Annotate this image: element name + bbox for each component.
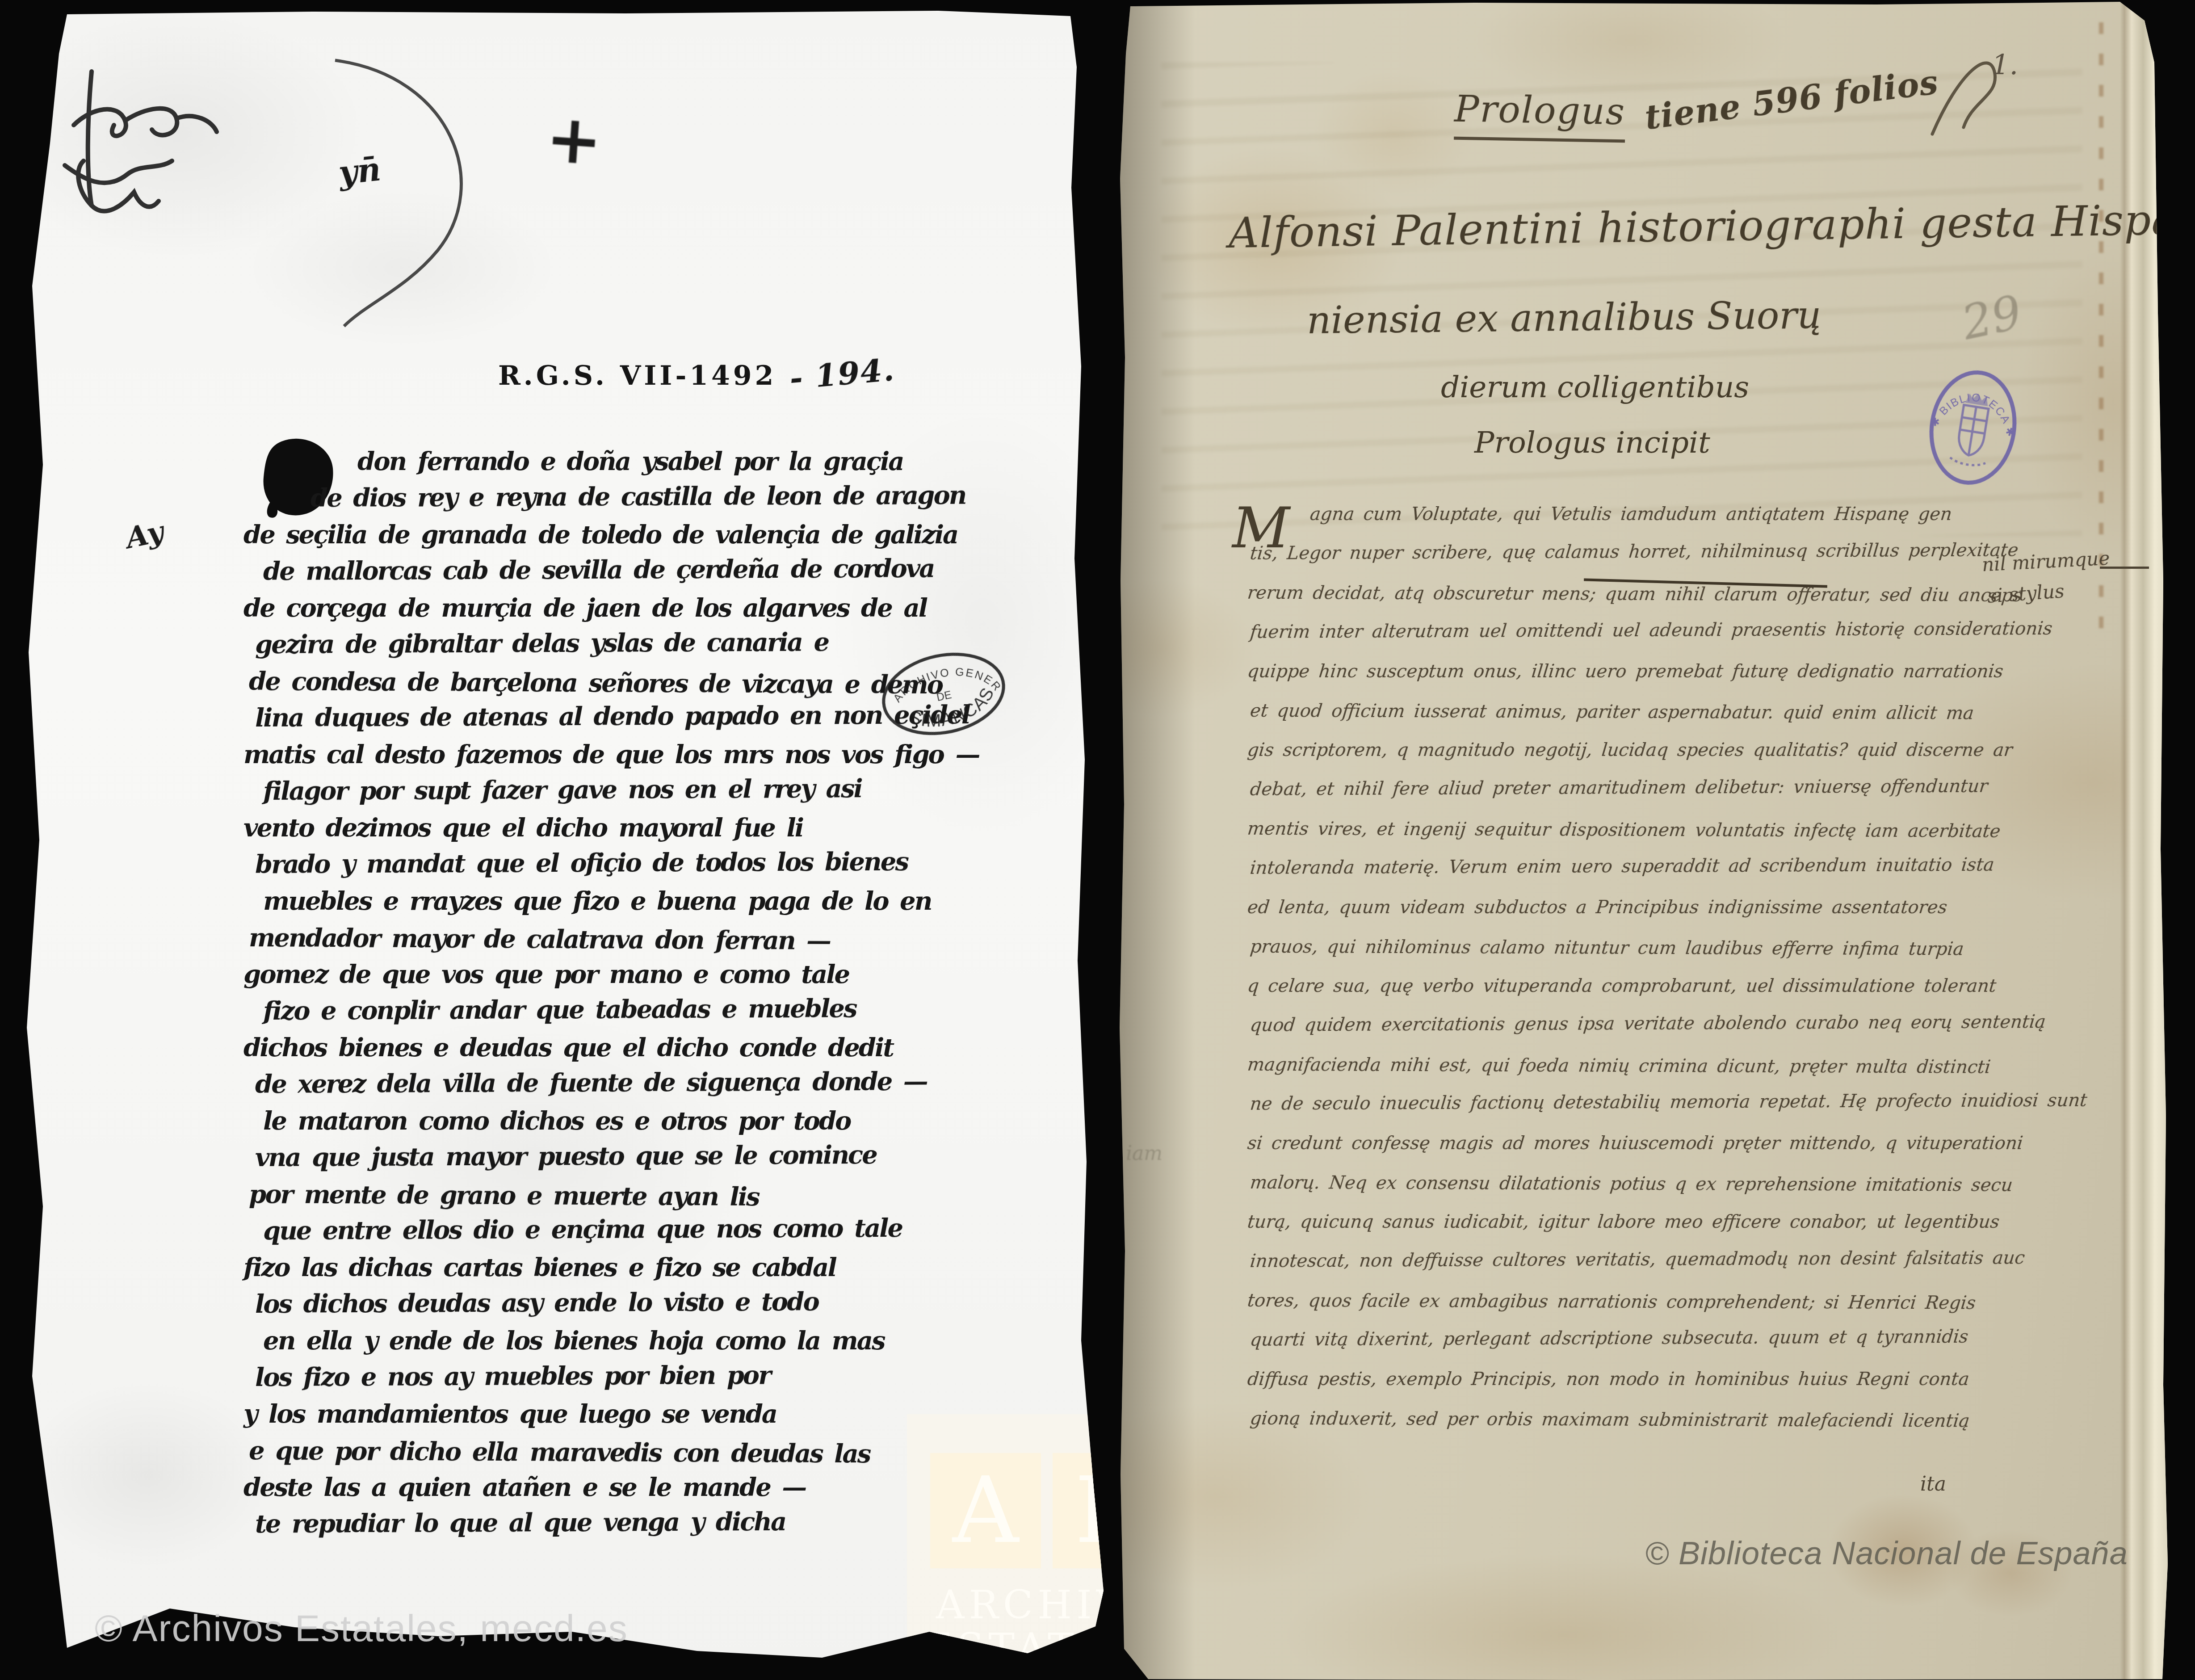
handwritten-text-line: vna que justa mayor puesto que se le com…: [255, 1140, 967, 1180]
handwritten-text-line: mendador mayor de calatrava don ferran —: [249, 923, 967, 963]
gutter-shadow: [1119, 0, 1195, 1680]
catchword: ita: [1920, 1473, 1946, 1495]
left-page-text-block: don ferrando e doña ysabel por la graçia…: [243, 447, 967, 1546]
page-stack-edges: [2120, 0, 2171, 1680]
handwritten-text-line: fizo e conplir andar que tabeadas e mueb…: [263, 993, 967, 1033]
latin-text-line: tis, Legor nuper scribere, quę calamus h…: [1247, 540, 2036, 583]
latin-text-line: innotescat, non deffuisse cultores verit…: [1247, 1247, 2036, 1290]
handwritten-text-line: que entre ellos dio e ençima que nos com…: [263, 1213, 967, 1253]
latin-text-line: tores, quos facile ex ambagibus narratio…: [1244, 1290, 2035, 1332]
handwritten-text-line: lina duques de atenas al dendo papado en…: [255, 700, 967, 740]
handwritten-text-line: e que por dicho ella maravedis con deuda…: [249, 1436, 967, 1476]
left-margin-mark: Ay: [123, 515, 167, 555]
latin-text-line: mentis vires, et ingenij sequitur dispos…: [1244, 819, 2035, 861]
handwritten-text-line: deste las a quien atañen e se le mande —: [243, 1473, 967, 1509]
latin-text-line: turą, quicunq sanus iudicabit, igitur la…: [1244, 1212, 2035, 1251]
latin-text-line: quippe hinc susceptum onus, illinc uero …: [1244, 661, 2035, 701]
heading-line-2: niensia ex annalibus Suorų: [1306, 293, 1821, 342]
handwritten-text-line: de mallorcas cab de sevilla de çerdeña d…: [263, 554, 967, 593]
archival-scan-spread: + yn̄ Ay R.G.S. VII-1492 - 194. don ferr…: [0, 0, 2195, 1680]
latin-text-line: ne de seculo inueculis factionų detestab…: [1247, 1090, 2036, 1133]
latin-text-line: quod quidem exercitationis genus ipsa ve…: [1247, 1012, 2036, 1054]
handwritten-text-line: de xerez dela villa de fuente de siguenç…: [255, 1067, 967, 1106]
handwritten-text-line: matis cal desto fazemos de que los mrs n…: [243, 740, 967, 777]
latin-text-line: diffusa pestis, exemplo Principis, non m…: [1244, 1369, 2035, 1408]
handwritten-text-line: dichos bienes e deudas que el dicho cond…: [243, 1033, 967, 1070]
handwritten-text-line: filagor por supt fazer gave nos en el rr…: [263, 773, 967, 813]
latin-text-line: agna cum Voluptate, qui Vetulis iamdudum…: [1307, 504, 2035, 543]
latin-text-line: si credunt confessę magis ad mores huius…: [1244, 1133, 2035, 1172]
handwritten-text-line: gezira de gibraltar delas yslas de canar…: [255, 627, 967, 667]
archive-reference-line: R.G.S. VII-1492 - 194.: [498, 355, 895, 392]
handwritten-text-line: vento dezimos que el dicho mayoral fue l…: [243, 813, 967, 850]
latin-text-line: fuerim inter alterutram uel omittendi ue…: [1247, 618, 2036, 661]
handwritten-text-line: y los mandamientos que luego se venda: [243, 1399, 967, 1436]
latin-text-line: ed lenta, quum videam subductos a Princi…: [1244, 897, 2035, 937]
heading-line-3: dierum colligentibus: [1441, 370, 1749, 404]
archivos-estatales-watermark: © Archivos Estatales, mecd.es: [95, 1607, 628, 1650]
notary-rubric-signature-drawing: [25, 58, 230, 237]
latin-body-text-block: agna cum Voluptate, qui Vetulis iamdudum…: [1246, 504, 2033, 1448]
latin-text-line: malorų. Neq ex consensu dilatationis pot…: [1247, 1172, 2035, 1214]
handwritten-text-line: los dichos deudas asy ende lo visto e to…: [255, 1286, 967, 1326]
handwritten-text-line: brado y mandat que el ofiçio de todos lo…: [255, 847, 967, 886]
biblioteca-nacional-watermark: © Biblioteca Nacional de España: [1645, 1535, 2128, 1572]
large-bracket-flourish-drawing: [304, 54, 518, 344]
handwritten-text-line: don ferrando e doña ysabel por la graçia: [357, 447, 967, 483]
biblioteca-nacional-stamp: ✱ BIBLIOTECA ✱: [1920, 363, 2027, 492]
latin-text-line: debat, et nihil fere aliud preter amarit…: [1247, 776, 2036, 819]
latin-text-line: gis scriptorem, q magnitudo negotij, luc…: [1244, 740, 2035, 779]
latin-text-line: intoleranda materię. Verum enim uero sup…: [1247, 854, 2036, 897]
handwritten-text-line: de seçilia de granada de toledo de valen…: [243, 520, 967, 557]
latin-text-line: magnifacienda mihi est, qui foeda nimių …: [1244, 1054, 2035, 1096]
prologus-title: Prologus: [1454, 88, 1626, 143]
handwritten-abbreviation-note: yn̄: [337, 150, 383, 192]
heading-line-4: Prologus incipit: [1474, 425, 1710, 460]
cross-mark: +: [544, 105, 604, 175]
prologus-header-row: Prologus tiene 596 folios: [1454, 89, 1941, 141]
ae-logo-letter-a: A: [930, 1453, 1041, 1568]
latin-text-line: quarti vitą dixerint, perlegant adscript…: [1247, 1326, 2036, 1369]
pencil-margin-note: iam: [1126, 1142, 1163, 1165]
latin-text-line: prauos, qui nihilominus calamo nituntur …: [1247, 937, 2035, 979]
handwritten-text-line: te repudiar lo que al que venga y dicha: [255, 1506, 967, 1546]
folio-number: 1.: [1992, 48, 2018, 81]
handwritten-text-line: de corçega de murçia de jaen de los alga…: [243, 593, 967, 630]
latin-text-line: rerum decidat, atq obscuretur mens; quam…: [1244, 583, 2035, 625]
handwritten-text-line: los fizo e nos ay muebles por bien por: [255, 1360, 967, 1399]
latin-text-line: gioną induxerit, sed per orbis maximam s…: [1247, 1408, 2035, 1450]
handwritten-text-line: muebles e rrayzes que fizo e buena paga …: [263, 886, 967, 923]
handwritten-text-line: gomez de que vos que por mano e como tal…: [243, 960, 967, 996]
handwritten-text-line: en ella y ende de los bienes hoja como l…: [263, 1326, 967, 1363]
archive-reference-handwritten-number: - 194.: [788, 351, 896, 397]
latin-text-line: et quod officium iusserat animus, parite…: [1247, 701, 2035, 743]
handwritten-text-line: fizo las dichas cartas bienes e fizo se …: [243, 1253, 967, 1289]
latin-text-line: q celare sua, quę verbo vituperanda comp…: [1244, 976, 2035, 1015]
archive-reference-printed: R.G.S. VII-1492: [498, 360, 776, 391]
handwritten-text-line: le mataron como dichos es e otros por to…: [263, 1106, 967, 1143]
handwritten-text-line: de dios rey e reyna de castilla de leon …: [311, 481, 967, 520]
stamp-middle-text: DE: [936, 689, 953, 704]
margin-note-dash-stroke: [2100, 567, 2149, 569]
